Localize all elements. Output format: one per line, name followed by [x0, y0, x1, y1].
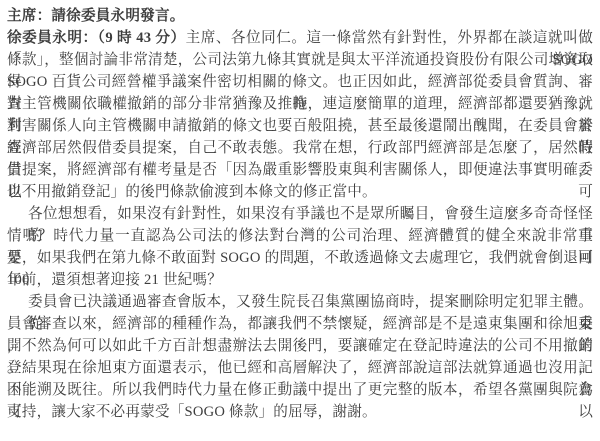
- transcript-line: ，不然為何可以如此千方百計想盡辦法去開後門，要讓確定在登記時違法的公司不用撤銷登…: [7, 335, 593, 357]
- transcript-line: 是，如果我們在第九條不敢面對 SOGO 的問題，不敢透過條文去處理它，我們就會倒…: [7, 247, 593, 269]
- transcript-line: 主席：請徐委員永明發言。: [7, 5, 593, 27]
- transcript-line: 員會審查以來，經濟部的種種作為，都讓我們不禁懷疑，經濟部是不是遠東集團和徐旭東開…: [7, 313, 593, 335]
- transcript-line: 徐委員永明：（9 時 43 分）主席、各位同仁。這一條當然有針對性，外界都在談這…: [7, 27, 593, 49]
- transcript-line: SOGO 百貨公司經營權爭議案件密切相關的條文。也正因如此，經濟部從委員會質詢、…: [7, 71, 593, 93]
- speech-text: 支持，讓大家不必再蒙受「SOGO 條款」的屈辱，謝謝。: [7, 404, 377, 420]
- transcript-line: 經濟部居然假借委員提案，自己不敢表態。我常在想，行政部門經濟部是怎麼了，居然假借…: [7, 137, 593, 159]
- transcript-document: 主席：請徐委員永明發言。徐委員永明：（9 時 43 分）主席、各位同仁。這一條當…: [0, 0, 600, 441]
- speaker-label: 徐委員永明：（9 時 43 分）: [7, 30, 186, 46]
- speaker-label: 主席：請徐委員永明發言。: [7, 8, 185, 24]
- transcript-line: 對主管機關依職權撤銷的部分非常猶豫及推拖，連這麼簡單的道理，經濟部都還要猶豫，對…: [7, 93, 593, 115]
- transcript-line: 員提案，將經濟部有權考量是否「因為嚴重影響股東與利害關係人，即便違法事實明確，也…: [7, 159, 593, 181]
- transcript-line: 年前，還須想著迎接 21 世紀嗎？: [7, 269, 593, 291]
- transcript-line: 。結果現在徐旭東方面還表示，他已經和高層解決了，經濟部說這部法就算通過也沒用，因…: [7, 357, 593, 379]
- transcript-line: 不能溯及既往。所以我們時代力量在修正動議中提出了更完整的版本，希望各黨團與院會可…: [7, 379, 593, 401]
- speech-text: 年前，還須想著迎接 21 世紀嗎？: [7, 272, 222, 288]
- transcript-line: 情嗎？時代力量一直認為公司法的修法對台灣的公司治理、經濟體質的健全來說非常重要，…: [7, 225, 593, 247]
- transcript-line: 條款」，整個討論非常清楚，公司法第九條其實就是與太平洋流通投資股份有限公司增資取…: [7, 49, 593, 71]
- transcript-line: 委員會已決議通過審查會版本，又發生院長召集黨團協商時，提案刪除明定犯罪主體。從委: [7, 291, 593, 313]
- speech-text: 以不用撤銷登記」的後門條款偷渡到本條文的修正當中。: [7, 184, 377, 200]
- transcript-line: 利害關係人向主管機關申請撤銷的條文也要百般阻撓，甚至最後還鬧出醜聞，在委員會審查…: [7, 115, 593, 137]
- transcript-line: 各位想想看，如果沒有針對性，如果沒有爭議也不是眾所矚目，會發生這麼多奇奇怪怪的事: [7, 203, 593, 225]
